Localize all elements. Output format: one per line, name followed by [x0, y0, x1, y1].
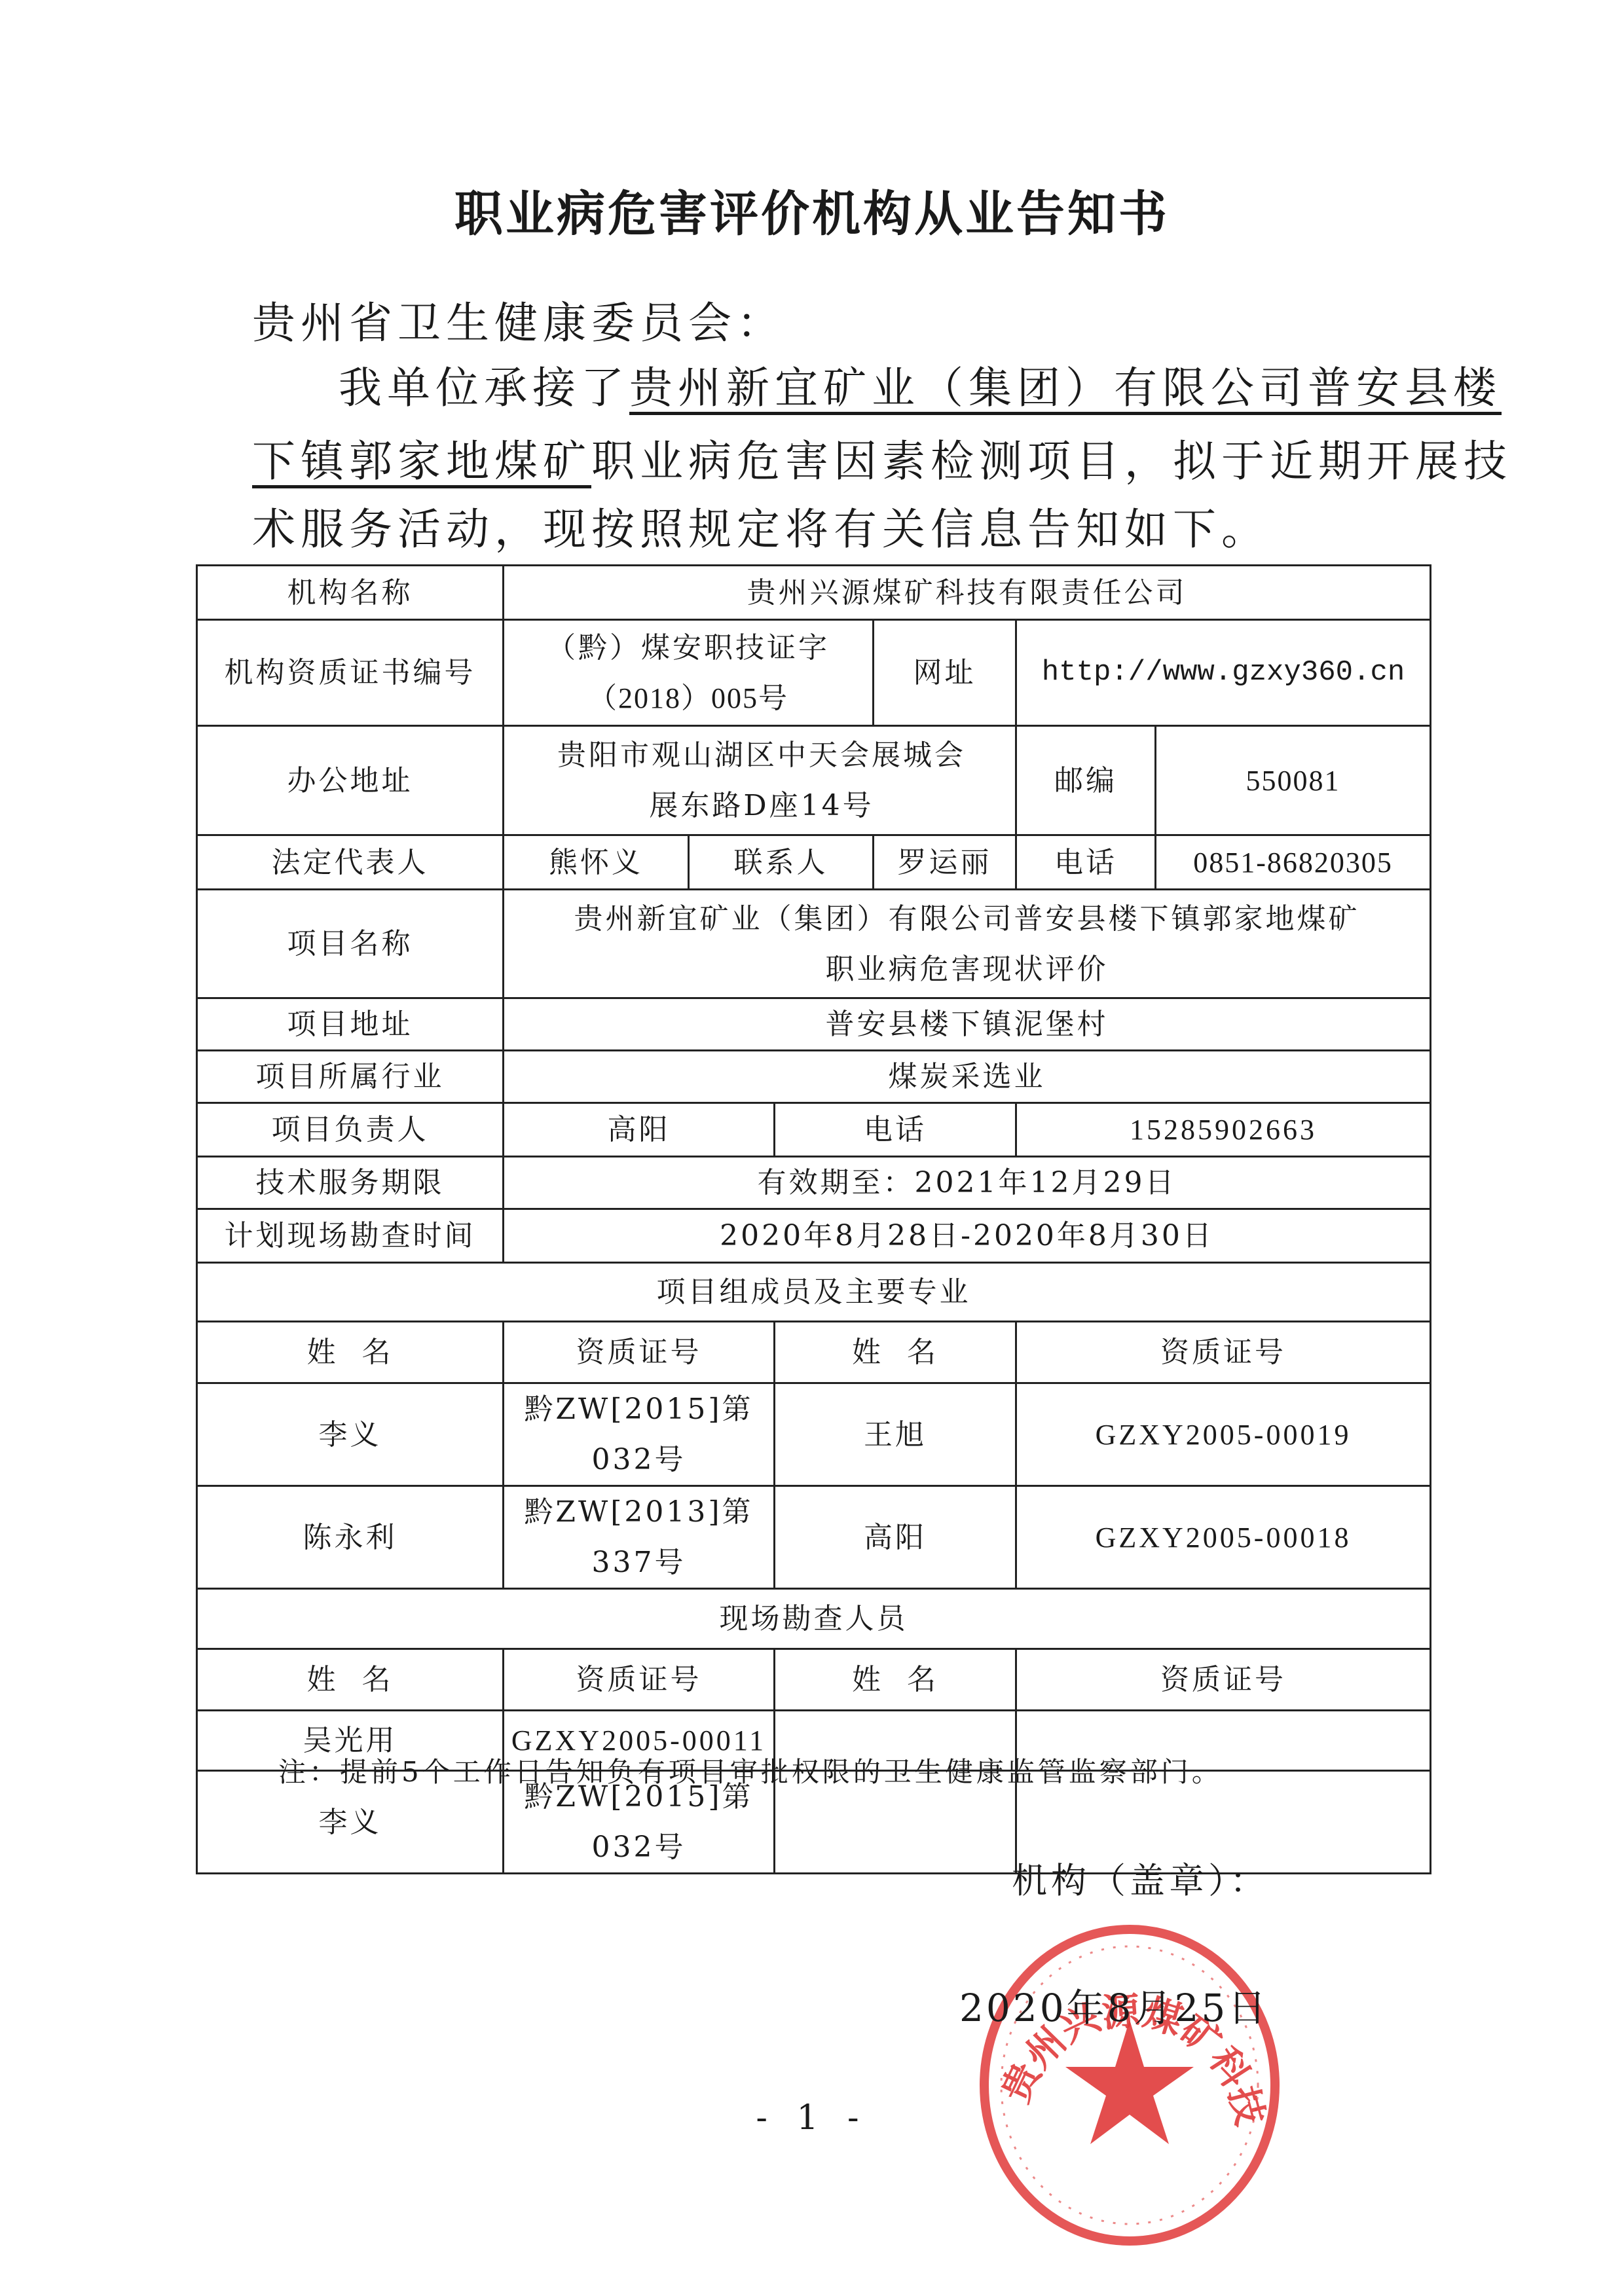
row-survey-section: 现场勘查人员 — [197, 1589, 1431, 1649]
row-org-name: 机构名称 贵州兴源煤矿科技有限责任公司 — [197, 566, 1431, 620]
cert-line-1: （黔）煤安职技证字 — [508, 623, 868, 673]
row-industry: 项目所属行业 煤炭采选业 — [197, 1051, 1431, 1103]
label-postcode: 邮编 — [1017, 727, 1156, 834]
value-website: http://www.gzxy360.cn — [1016, 620, 1431, 726]
row-team-header: 姓 名 资质证号 姓 名 资质证号 — [197, 1322, 1431, 1383]
signature-date: 2020年8月25日 — [959, 1977, 1268, 2032]
value-project-address: 普安县楼下镇泥堡村 — [504, 998, 1431, 1051]
project-company-underlined: 贵州新宜矿业（集团）有限公司普安县楼 — [629, 363, 1502, 413]
value-legal-rep: 熊怀义 — [504, 835, 689, 890]
label-project-name: 项目名称 — [197, 890, 504, 998]
survey-section-header: 现场勘查人员 — [197, 1589, 1431, 1649]
col-cert-2: 资质证号 — [1016, 1322, 1431, 1383]
row-team-section: 项目组成员及主要专业 — [197, 1263, 1431, 1322]
value-project-name: 贵州新宜矿业（集团）有限公司普安县楼下镇郭家地煤矿 职业病危害现状评价 — [504, 890, 1431, 998]
row-survey-header: 姓 名 资质证号 姓 名 资质证号 — [197, 1649, 1431, 1711]
value-survey-time: 2020年8月28日-2020年8月30日 — [504, 1209, 1431, 1263]
value-lead-phone: 15285902663 — [1016, 1103, 1431, 1157]
team-row: 陈永利 黔ZW[2013]第337号 高阳 GZXY2005-00018 — [197, 1486, 1431, 1589]
value-contact: 罗运丽 — [874, 835, 1016, 890]
col-cert-2: 资质证号 — [1016, 1649, 1431, 1711]
paragraph-line-3: 术服务活动，现按照规定将有关信息告知如下。 — [252, 508, 1392, 551]
team-section-header: 项目组成员及主要专业 — [197, 1263, 1431, 1322]
value-phone: 0851-86820305 — [1156, 836, 1430, 888]
col-cert-1: 资质证号 — [504, 1649, 775, 1711]
row-cert: 机构资质证书编号 （黔）煤安职技证字 （2018）005号 网址 http://… — [197, 620, 1431, 726]
value-project-lead: 高阳 — [504, 1103, 775, 1157]
label-cert: 机构资质证书编号 — [197, 620, 504, 726]
row-service-period: 技术服务期限 有效期至：2021年12月29日 — [197, 1157, 1431, 1209]
value-address: 贵阳市观山湖区中天会展城会 展东路D座14号 — [504, 726, 1016, 835]
paragraph-suffix: 职业病危害因素检测项目，拟于近期开展技 — [591, 436, 1512, 486]
label-lead-phone: 电话 — [775, 1103, 1016, 1157]
page-number: - 1 - — [0, 2098, 1624, 2138]
org-seal-label: 机构（盖章）： — [1012, 1853, 1269, 1903]
col-name-2: 姓 名 — [775, 1649, 1016, 1711]
value-service-period: 有效期至：2021年12月29日 — [504, 1157, 1431, 1209]
team-name-1: 李义 — [197, 1383, 504, 1486]
company-seal-icon: 贵州兴源煤矿科技有限责任公司 — [966, 1922, 1293, 2249]
label-phone: 电话 — [1017, 836, 1156, 888]
phone-cell: 电话 0851-86820305 — [1016, 835, 1431, 890]
label-org-name: 机构名称 — [197, 566, 504, 620]
paragraph-line-2: 下镇郭家地煤矿职业病危害因素检测项目，拟于近期开展技 — [252, 440, 1392, 483]
value-cert: （黔）煤安职技证字 （2018）005号 — [504, 620, 874, 726]
label-address: 办公地址 — [197, 726, 504, 835]
row-project-lead: 项目负责人 高阳 电话 15285902663 — [197, 1103, 1431, 1157]
postcode-cell: 邮编 550081 — [1016, 726, 1431, 835]
col-name-2: 姓 名 — [775, 1322, 1016, 1383]
team-cert-1: 黔ZW[2013]第337号 — [504, 1486, 775, 1589]
cert-line-2: （2018）005号 — [508, 673, 868, 723]
value-industry: 煤炭采选业 — [504, 1051, 1431, 1103]
label-service-period: 技术服务期限 — [197, 1157, 504, 1209]
row-project-name: 项目名称 贵州新宜矿业（集团）有限公司普安县楼下镇郭家地煤矿 职业病危害现状评价 — [197, 890, 1431, 998]
team-cert-2: GZXY2005-00018 — [1016, 1486, 1431, 1589]
team-name-1: 陈永利 — [197, 1486, 504, 1589]
col-name-1: 姓 名 — [197, 1649, 504, 1711]
team-name-2: 王旭 — [775, 1383, 1016, 1486]
label-project-lead: 项目负责人 — [197, 1103, 504, 1157]
col-name-1: 姓 名 — [197, 1322, 504, 1383]
label-website: 网址 — [874, 620, 1016, 726]
info-table: 机构名称 贵州兴源煤矿科技有限责任公司 机构资质证书编号 （黔）煤安职技证字 （… — [196, 564, 1431, 1874]
address-line-1: 贵阳市观山湖区中天会展城会 — [508, 730, 1015, 780]
project-name-line-1: 贵州新宜矿业（集团）有限公司普安县楼下镇郭家地煤矿 — [508, 894, 1426, 944]
team-cert-2: GZXY2005-00019 — [1016, 1383, 1431, 1486]
row-project-address: 项目地址 普安县楼下镇泥堡村 — [197, 998, 1431, 1051]
label-project-address: 项目地址 — [197, 998, 504, 1051]
label-industry: 项目所属行业 — [197, 1051, 504, 1103]
paragraph-line-1: 我单位承接了贵州新宜矿业（集团）有限公司普安县楼 — [252, 367, 1392, 410]
label-contact: 联系人 — [689, 835, 874, 890]
label-legal-rep: 法定代表人 — [197, 835, 504, 890]
row-survey-time: 计划现场勘查时间 2020年8月28日-2020年8月30日 — [197, 1209, 1431, 1263]
label-survey-time: 计划现场勘查时间 — [197, 1209, 504, 1263]
value-postcode: 550081 — [1156, 727, 1430, 834]
document-title: 职业病危害评价机构从业告知书 — [0, 175, 1624, 245]
team-row: 李义 黔ZW[2015]第032号 王旭 GZXY2005-00019 — [197, 1383, 1431, 1486]
col-cert-1: 资质证号 — [504, 1322, 775, 1383]
team-cert-1: 黔ZW[2015]第032号 — [504, 1383, 775, 1486]
value-org-name: 贵州兴源煤矿科技有限责任公司 — [504, 566, 1431, 620]
row-address: 办公地址 贵阳市观山湖区中天会展城会 展东路D座14号 邮编 550081 — [197, 726, 1431, 835]
address-text: 贵阳市观山湖区中天会展城会 展东路D座14号 — [508, 730, 1015, 831]
address-line-2: 展东路D座14号 — [508, 780, 1015, 831]
footnote: 注：提前5个工作日告知负有项目审批权限的卫生健康监管监察部门。 — [278, 1751, 1223, 1790]
team-name-2: 高阳 — [775, 1486, 1016, 1589]
paragraph-prefix: 我单位承接了 — [252, 363, 629, 413]
row-legal: 法定代表人 熊怀义 联系人 罗运丽 电话 0851-86820305 — [197, 835, 1431, 890]
project-mine-underlined: 下镇郭家地煤矿 — [252, 436, 591, 486]
salutation: 贵州省卫生健康委员会： — [252, 288, 785, 350]
project-name-line-2: 职业病危害现状评价 — [508, 944, 1426, 994]
